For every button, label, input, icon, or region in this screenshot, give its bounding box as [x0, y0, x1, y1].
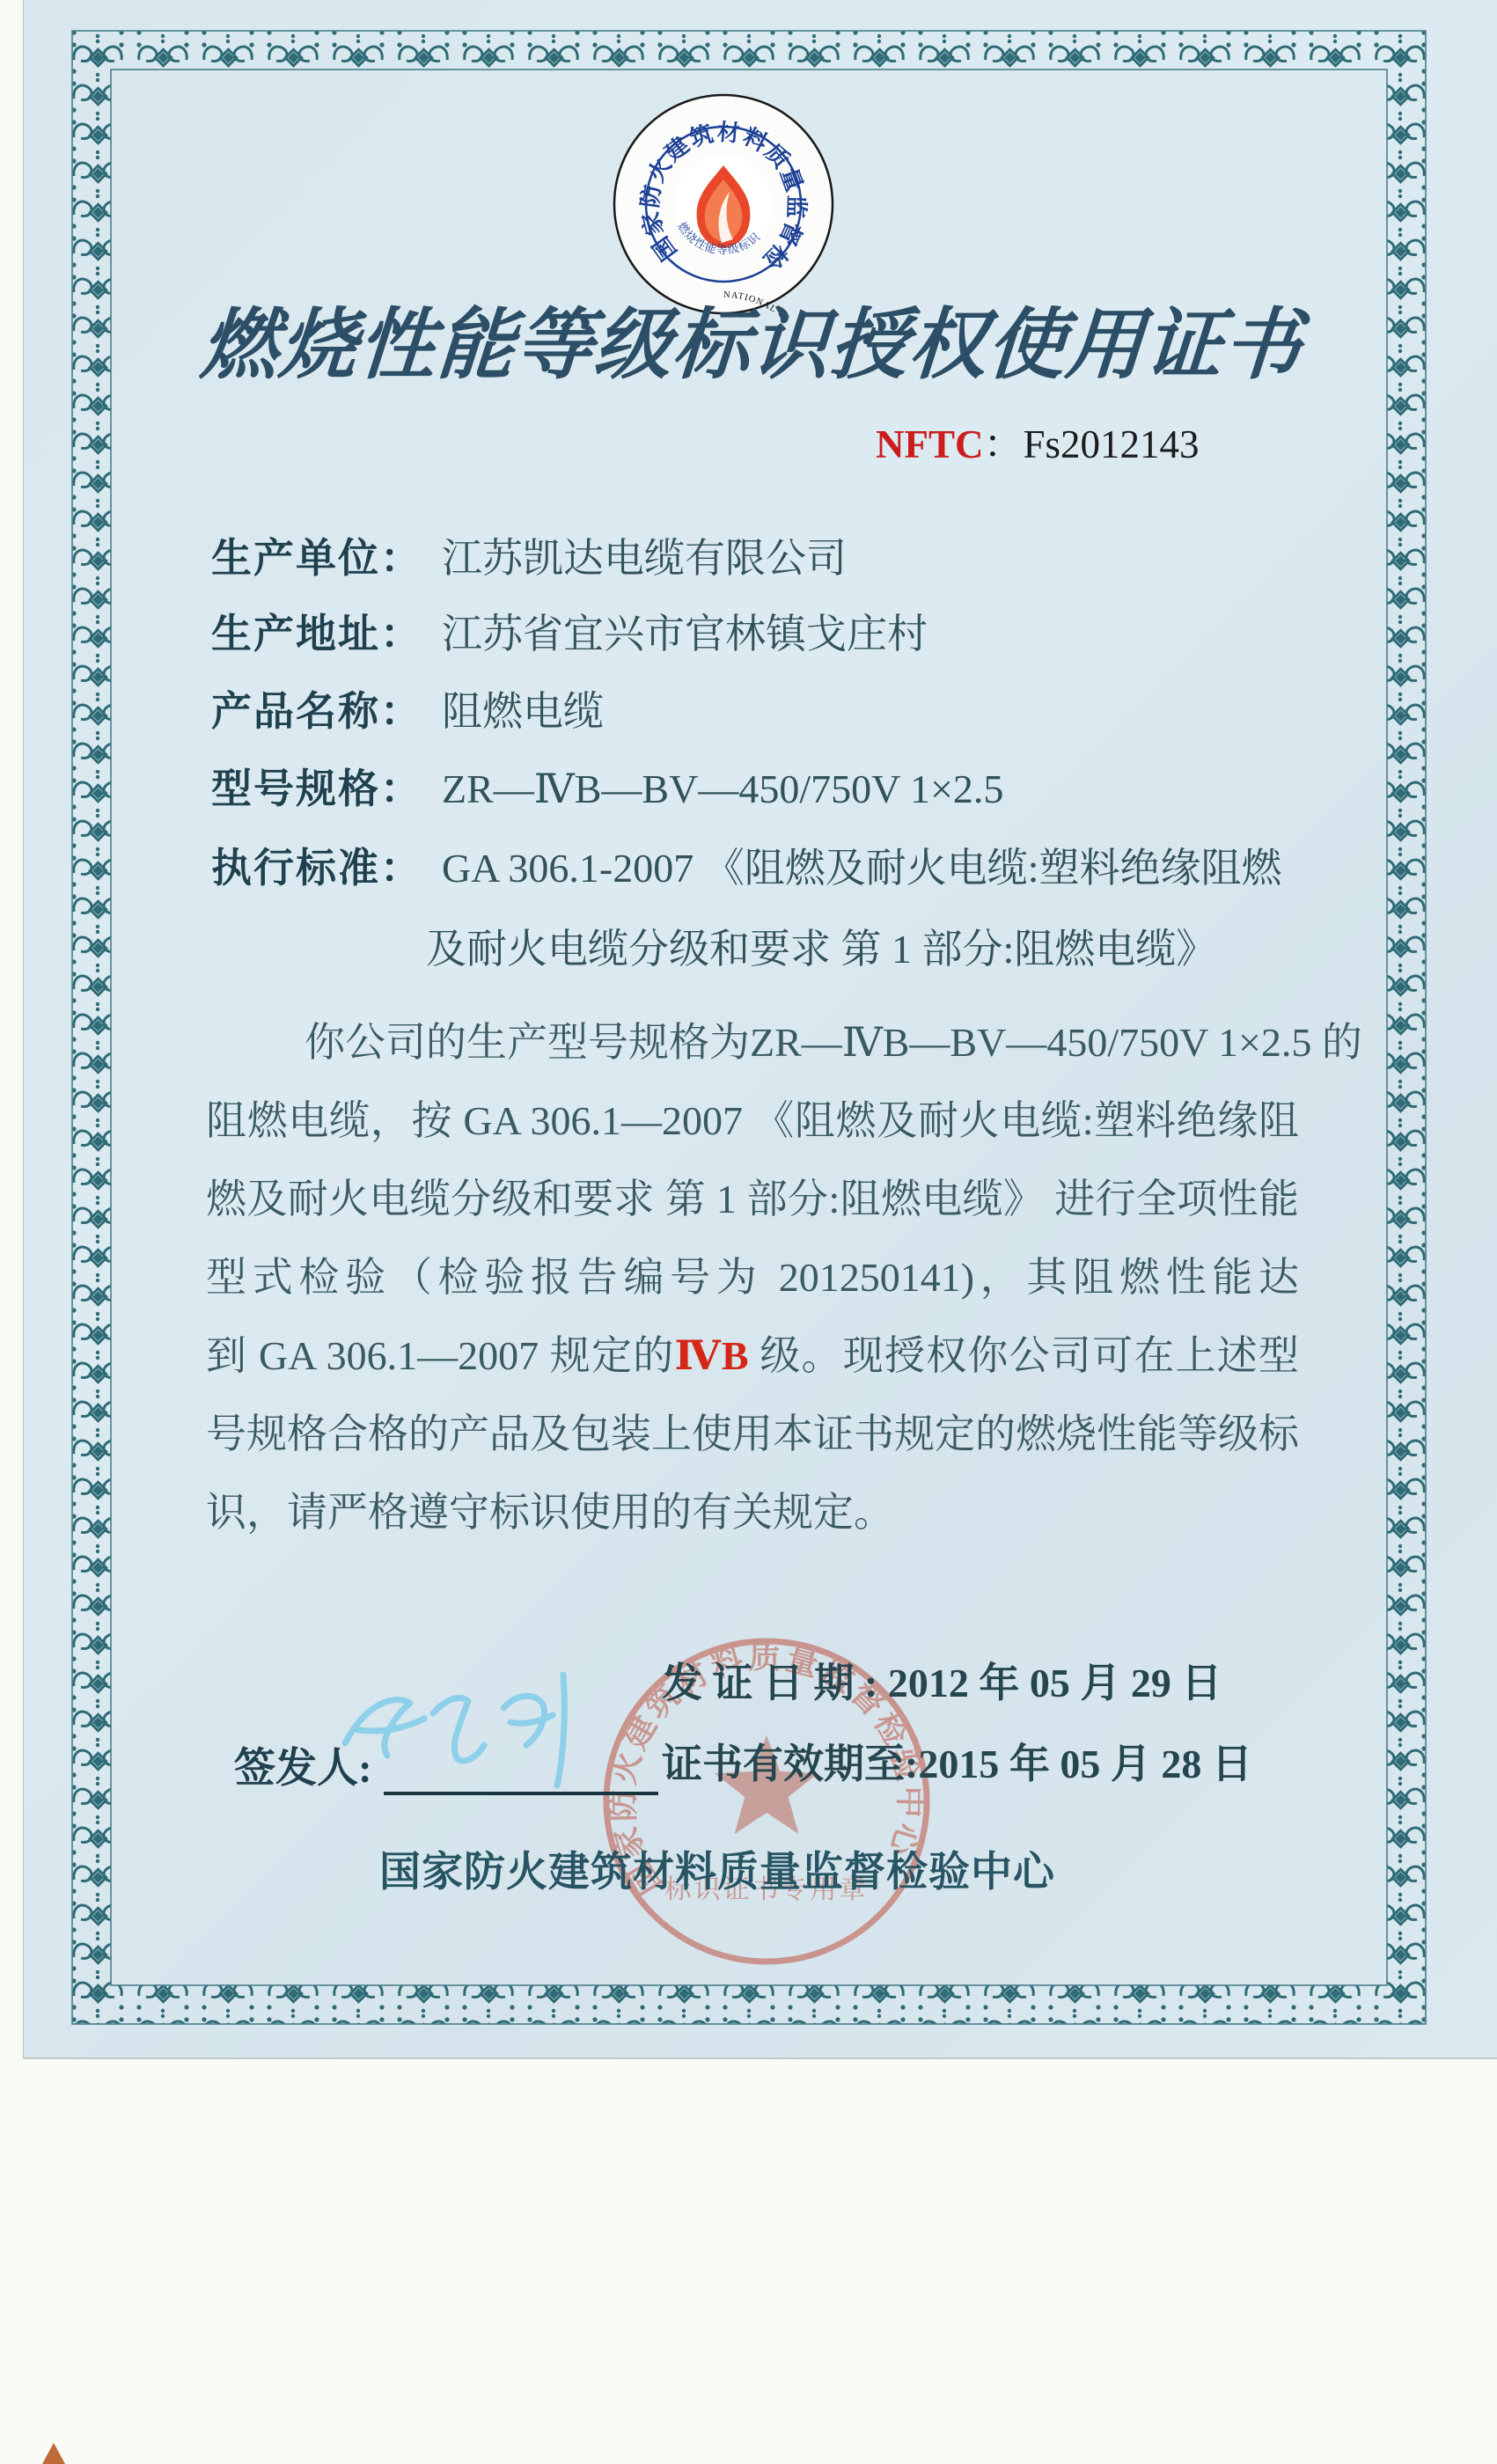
body-line: 燃及耐火电缆分级和要求 第 1 部分:阻燃电缆》 进行全项性能 [206, 1167, 1299, 1225]
field-row-product: 产品名称：阻燃电缆 [211, 679, 1303, 732]
signature [326, 1659, 625, 1800]
certificate-title: 燃烧性能等级标识授权使用证书 [197, 297, 1304, 396]
grade-value: ⅣB [674, 1333, 748, 1378]
body-line: 识，请严格遵守标识使用的有关规定。 [206, 1480, 1299, 1538]
body-text: 级。现授权你公司可在上述型 [749, 1333, 1299, 1378]
issue-date: 发 证 日 期 : 2012 年 05 月 29 日 [662, 1651, 1331, 1709]
cert-no-value: Fs2012143 [1024, 422, 1200, 466]
field-value: 江苏凯达电缆有限公司 [442, 536, 847, 581]
body-line: 型式检验（检验报告编号为 201250141)，其阻燃性能达 [206, 1245, 1299, 1303]
nftc-seal: NATIONAL CENTER FOR QUALITY SUPERVISION … [611, 92, 836, 317]
field-row-standard-cont: 及耐火电缆分级和要求 第 1 部分:阻燃电缆》 [211, 917, 1303, 970]
cert-no-separator: ： [984, 422, 1024, 466]
field-value: 阻燃电缆 [442, 689, 604, 734]
certificate-scan: NATIONAL CENTER FOR QUALITY SUPERVISION … [0, 0, 1497, 2464]
body-line: 你公司的生产型号规格为ZR—ⅣB—BV—450/750V 1×2.5 的 [206, 1010, 1299, 1068]
body-line-grade: 到 GA 306.1—2007 规定的ⅣB 级。现授权你公司可在上述型 [206, 1324, 1299, 1382]
field-label: 产品名称： [211, 689, 422, 734]
field-row-manufacturer: 生产单位：江苏凯达电缆有限公司 [211, 526, 1303, 579]
field-value: 江苏省宜兴市官林镇戈庄村 [442, 612, 928, 656]
field-row-model: 型号规格：ZR—ⅣB—BV—450/750V 1×2.5 [211, 757, 1303, 810]
body-line: 阻燃电缆，按 GA 306.1—2007 《阻燃及耐火电缆:塑料绝缘阻 [206, 1089, 1299, 1147]
cert-no-prefix: NFTC [876, 422, 984, 466]
field-value: ZR—ⅣB—BV—450/750V 1×2.5 [442, 766, 1003, 811]
field-row-standard: 执行标准：GA 306.1-2007 《阻燃及耐火电缆:塑料绝缘阻燃 [211, 836, 1303, 889]
validity-date: 证书有效期至:2015 年 05 月 28 日 [662, 1732, 1331, 1790]
body-line: 号规格合格的产品及包装上使用本证书规定的燃烧性能等级标 [206, 1402, 1299, 1460]
field-row-address: 生产地址：江苏省宜兴市官林镇戈庄村 [211, 602, 1303, 655]
field-label: 生产地址： [211, 612, 422, 656]
body-text: 到 GA 306.1—2007 规定的 [206, 1333, 674, 1378]
field-value: GA 306.1-2007 《阻燃及耐火电缆:塑料绝缘阻燃 [442, 846, 1282, 891]
scan-artifact [42, 2443, 65, 2464]
field-label: 执行标准： [211, 846, 422, 891]
field-label: 生产单位： [211, 536, 422, 581]
issuing-org: 国家防火建筑材料质量监督检验中心 [378, 1839, 1056, 1898]
field-value: 及耐火电缆分级和要求 第 1 部分:阻燃电缆》 [211, 927, 1216, 972]
field-label: 型号规格： [211, 766, 422, 811]
certificate-number: NFTC：Fs2012143 [876, 412, 1245, 469]
